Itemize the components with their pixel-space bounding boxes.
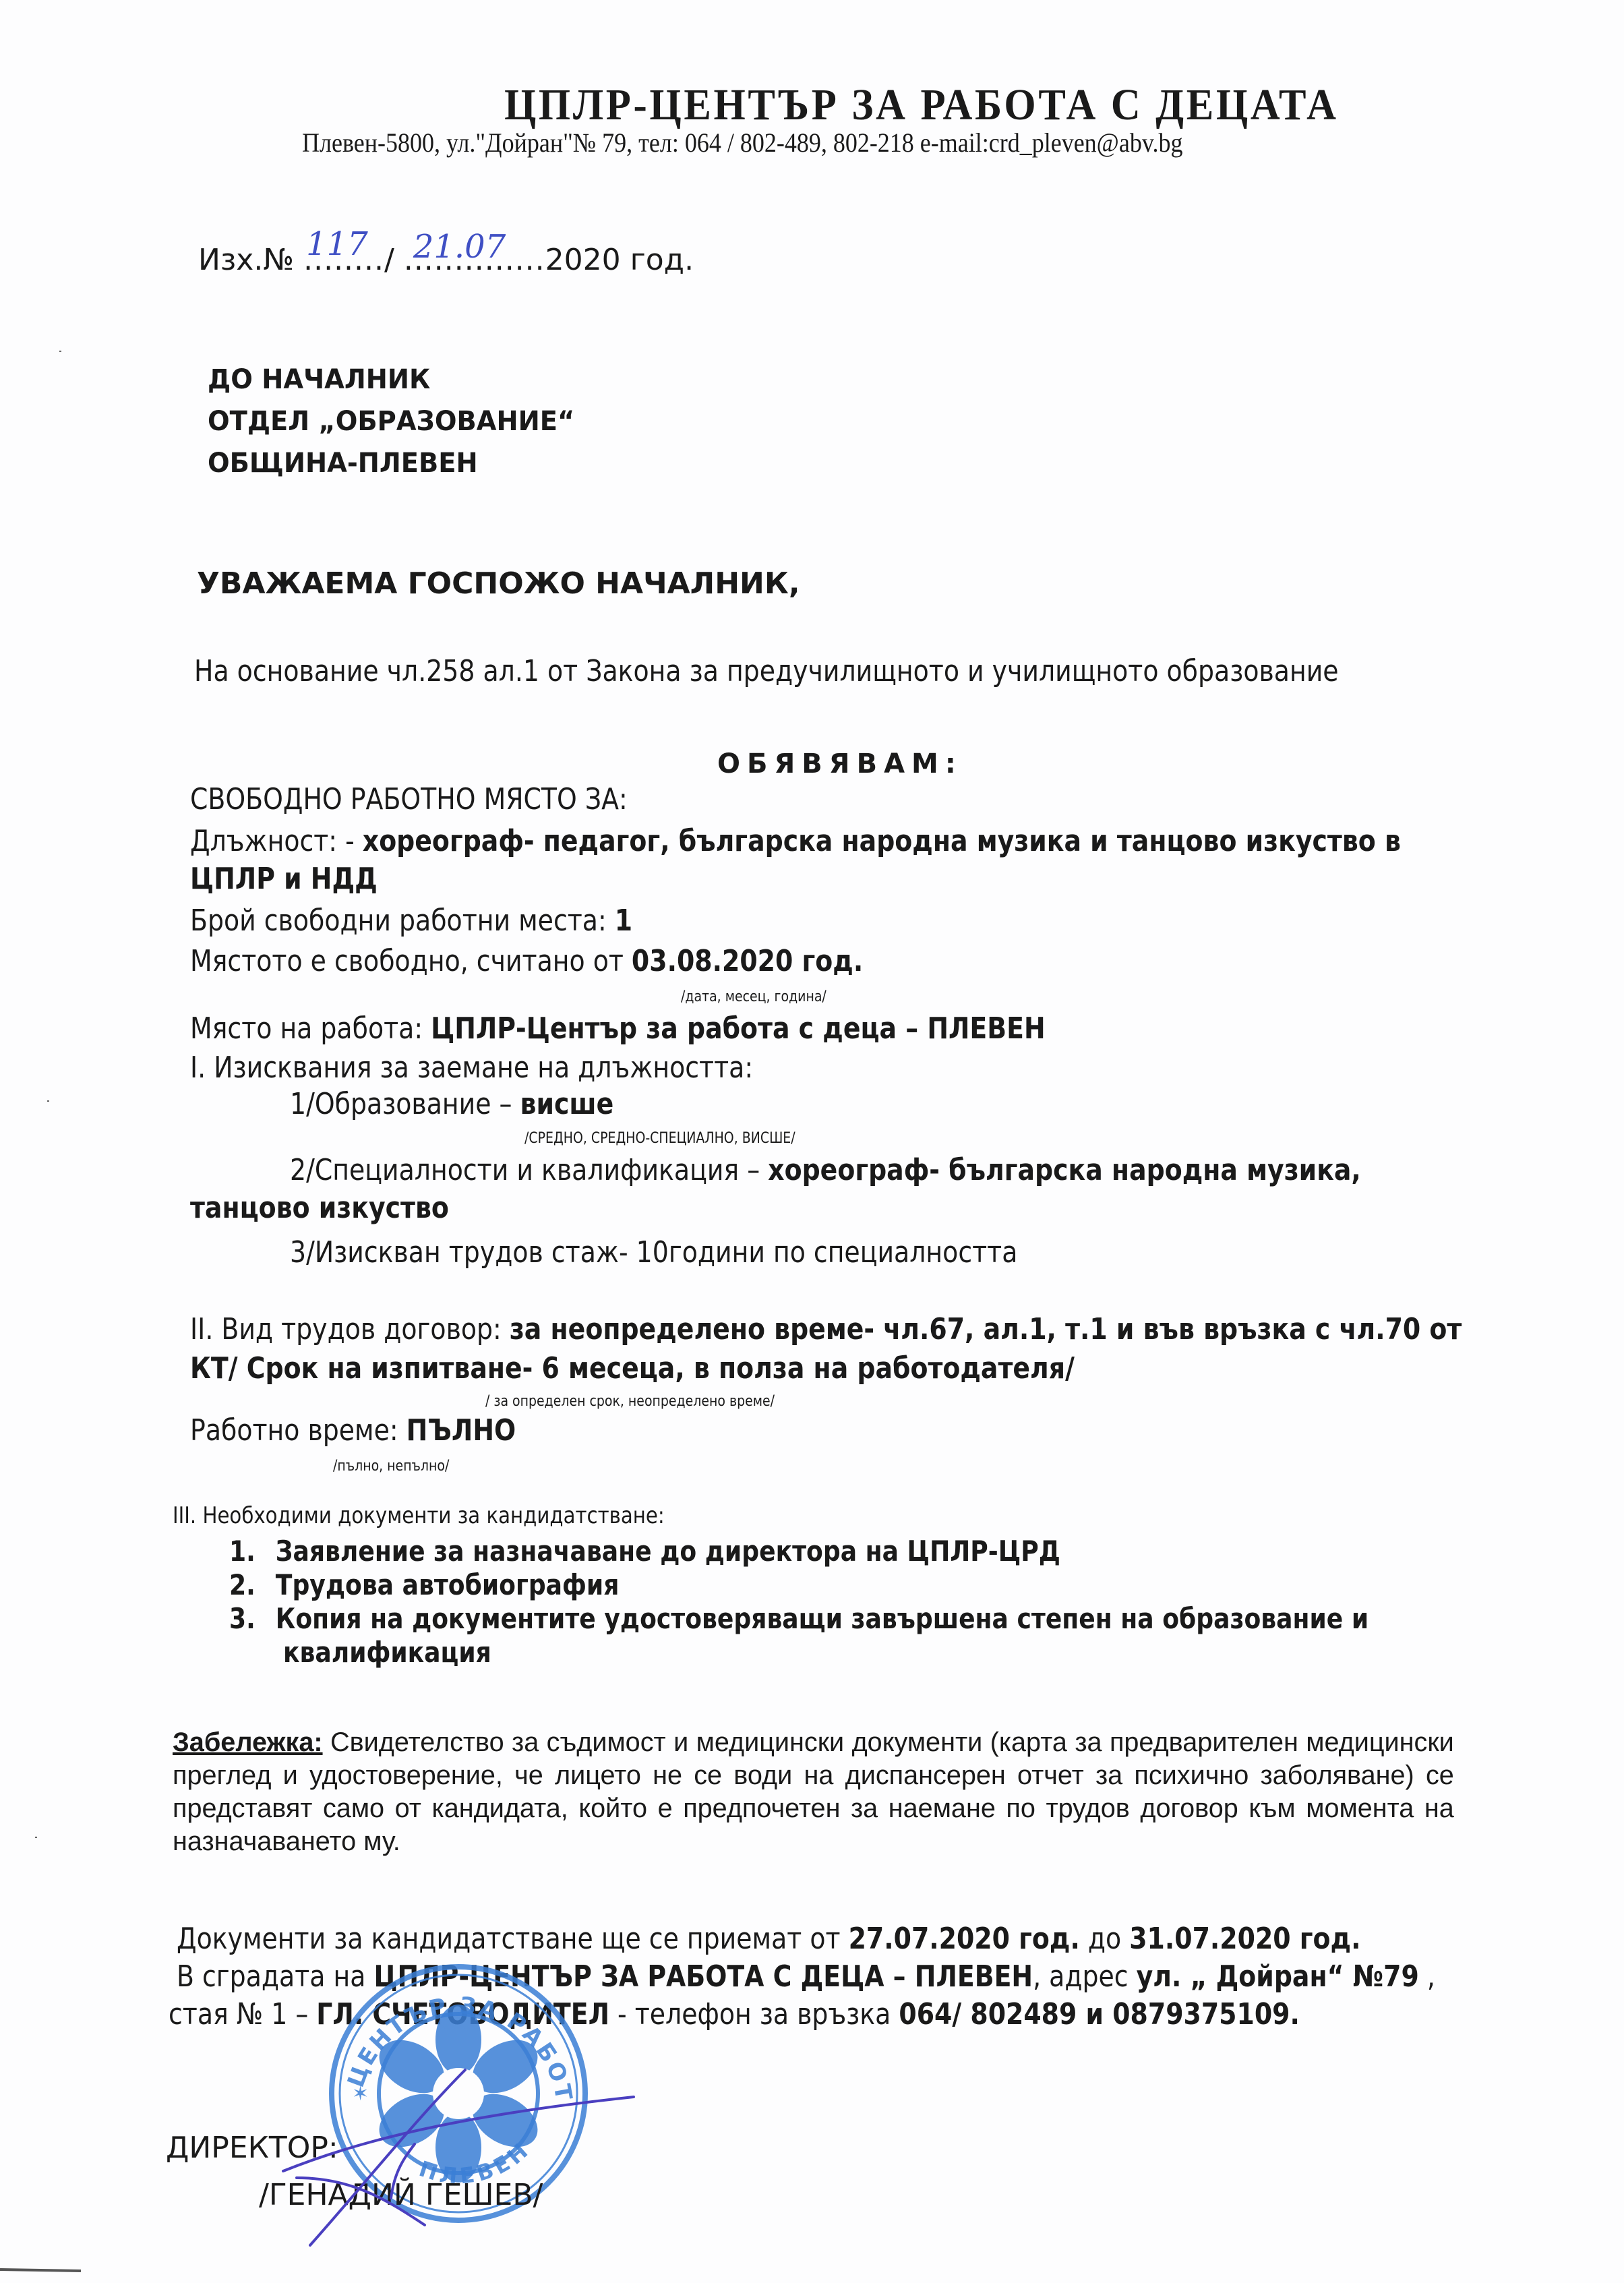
document-item-number: 2. — [229, 1568, 276, 1601]
position-value-cont: ЦПЛР и НДД — [190, 862, 378, 896]
announce-heading: ОБЯВЯВАМ: — [717, 748, 963, 779]
letterhead-title: ЦПЛР-ЦЕНТЪР ЗА РАБОТА С ДЕЦАТА — [504, 80, 1339, 131]
submission-phones: 064/ 802489 и 0879375109. — [899, 1997, 1299, 2032]
vacancy-heading: СВОБОДНО РАБОТНО МЯСТО ЗА: — [190, 782, 628, 817]
outgoing-prefix: Изх.№ — [198, 243, 294, 277]
contract-hint: / за определен срок, неопределено време/ — [485, 1393, 775, 1410]
vacancy-count-label: Брой свободни работни места: — [190, 903, 615, 938]
contract-value-cont: КТ/ Срок на изпитване- 6 месеца, в полза… — [190, 1351, 1075, 1386]
legal-basis: На основание чл.258 ал.1 от Закона за пр… — [194, 654, 1339, 688]
document-item-text: Заявление за назначаване до директора на… — [276, 1535, 1060, 1568]
document-item-3-cont: квалификация — [283, 1636, 491, 1669]
document-page: ЦПЛР-ЦЕНТЪР ЗА РАБОТА С ДЕЦАТА Плевен-58… — [0, 0, 1624, 2283]
outgoing-separator: / — [384, 243, 394, 277]
document-item-text: Копия на документите удостоверяващи завъ… — [276, 1602, 1369, 1635]
worktime-line: Работно време: ПЪЛНО — [190, 1413, 516, 1448]
specialty-label: 2/Специалности и квалификация – — [290, 1153, 768, 1187]
addressee-line-3: ОБЩИНА-ПЛЕВЕН — [208, 448, 478, 479]
submission-date-to: 31.07.2020 год. — [1129, 1922, 1360, 1956]
document-item-number: 1. — [229, 1535, 276, 1568]
education-label: 1/Образование – — [290, 1087, 520, 1121]
documents-heading: III. Необходими документи за кандидатств… — [173, 1502, 665, 1529]
experience-line: 3/Изискван трудов стаж- 10години по спец… — [290, 1235, 1017, 1270]
submission-date-from: 27.07.2020 год. — [849, 1922, 1080, 1956]
remark-text: Свидетелство за съдимост и медицински до… — [173, 1727, 1454, 1856]
worktime-hint: /пълно, непълно/ — [333, 1458, 449, 1475]
document-item-2: 2.Трудова автобиография — [229, 1568, 619, 1601]
requirements-heading: I. Изисквания за заемане на длъжността: — [190, 1050, 753, 1085]
specialty-line: 2/Специалности и квалификация – хореогра… — [290, 1153, 1361, 1187]
workplace-label: Място на работа: — [190, 1011, 431, 1046]
document-item-number: 3. — [229, 1602, 276, 1635]
remark-label: Забележка: — [173, 1727, 323, 1757]
specialty-value: хореограф- българска народна музика, — [768, 1153, 1361, 1187]
specialty-value-cont: танцово изкуство — [190, 1191, 449, 1225]
contract-value: за неопределено време- чл.67, ал.1, т.1 … — [510, 1312, 1462, 1346]
position-label: Длъжност: - — [190, 824, 363, 858]
document-item-3: 3.Копия на документите удостоверяващи за… — [229, 1602, 1369, 1635]
scan-speck — [47, 1100, 49, 1102]
scan-speck — [35, 1837, 37, 1838]
addressee-line-2: ОТДЕЛ „ОБРАЗОВАНИЕ“ — [208, 406, 574, 437]
document-item-1: 1.Заявление за назначаване до директора … — [229, 1535, 1060, 1568]
available-from-value: 03.08.2020 год. — [632, 944, 863, 978]
position-value: хореограф- педагог, българска народна му… — [363, 824, 1401, 858]
submission-place-suffix: , — [1419, 1959, 1435, 1994]
contract-line: II. Вид трудов договор: за неопределено … — [190, 1312, 1462, 1346]
letterhead-contacts: Плевен-5800, ул."Дойран"№ 79, тел: 064 /… — [302, 127, 1182, 158]
remark-paragraph: Забележка: Свидетелство за съдимост и ме… — [173, 1726, 1454, 1858]
date-format-hint: /дата, месец, година/ — [681, 988, 826, 1005]
outgoing-number: Изх.№ ........ 117 / .............. 21.0… — [198, 243, 694, 277]
handwritten-date: 21.07 — [413, 228, 506, 266]
scan-speck — [59, 351, 61, 352]
scan-edge-line — [0, 2268, 81, 2272]
worktime-value: ПЪЛНО — [407, 1413, 516, 1448]
workplace-line: Място на работа: ЦПЛР-Център за работа с… — [190, 1011, 1046, 1046]
vacancy-count-value: 1 — [615, 903, 632, 938]
worktime-label: Работно време: — [190, 1413, 407, 1448]
submission-dates-line: Документи за кандидатстване ще се приема… — [177, 1922, 1360, 1956]
submission-dates-mid: до — [1080, 1922, 1129, 1956]
submission-address: ул. „ Дойран“ №79 — [1137, 1959, 1419, 1994]
education-hint: /СРЕДНО, СРЕДНО-СПЕЦИАЛНО, ВИСШЕ/ — [524, 1130, 795, 1147]
submission-contact-mid: - телефон за връзка — [609, 1997, 899, 2032]
outgoing-year: 2020 год. — [545, 243, 694, 277]
position-line: Длъжност: - хореограф- педагог, българск… — [190, 824, 1401, 858]
submission-dates-prefix: Документи за кандидатстване ще се приема… — [177, 1922, 849, 1956]
available-from-line: Мястото е свободно, считано от 03.08.202… — [190, 944, 863, 978]
greeting: УВАЖАЕМА ГОСПОЖО НАЧАЛНИК, — [197, 566, 800, 601]
addressee-line-1: ДО НАЧАЛНИК — [208, 364, 430, 395]
handwritten-signature-icon — [270, 2009, 647, 2252]
workplace-value: ЦПЛР-Център за работа с деца – ПЛЕВЕН — [431, 1011, 1046, 1046]
submission-place-mid: , адрес — [1033, 1959, 1137, 1994]
contract-label: II. Вид трудов договор: — [190, 1312, 510, 1346]
available-from-label: Мястото е свободно, считано от — [190, 944, 632, 978]
education-value: висше — [520, 1087, 614, 1121]
handwritten-number: 117 — [306, 225, 368, 263]
vacancy-count-line: Брой свободни работни места: 1 — [190, 903, 632, 938]
education-line: 1/Образование – висше — [290, 1087, 613, 1121]
document-item-text: Трудова автобиография — [276, 1568, 620, 1601]
